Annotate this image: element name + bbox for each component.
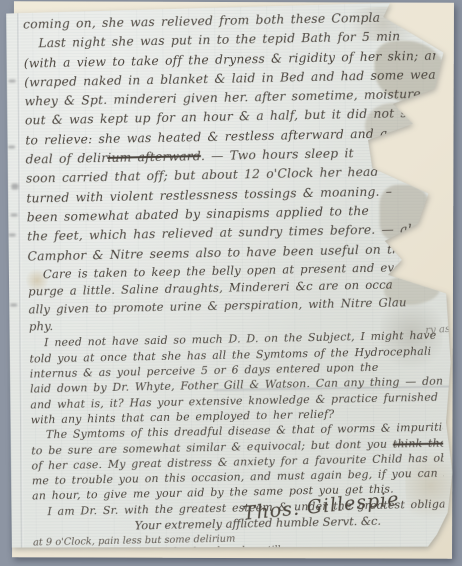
photo-frame: coming on, she was relieved from both th… <box>0 0 462 566</box>
letter-sheet: coming on, she was relieved from both th… <box>6 2 458 553</box>
letter-lines: coming on, she was relieved from both th… <box>23 8 445 520</box>
bleedthrough-mark <box>11 213 18 216</box>
struck-text: ium afterward <box>107 149 201 165</box>
torn-fragment-text: ry as <box>425 324 450 336</box>
line-text: phy. <box>29 319 54 333</box>
bleedthrough-mark <box>11 183 18 189</box>
letter-wrap: coming on, she was relieved from both th… <box>6 2 458 553</box>
margin-bleedthrough-marks <box>7 65 21 365</box>
bleedthrough-mark <box>8 146 15 149</box>
struck-text: think the wor <box>393 435 444 450</box>
bleedthrough-mark <box>9 234 16 237</box>
line-text: deal of delir <box>26 151 108 167</box>
letter-text: coming on, she was relieved from both th… <box>23 8 445 550</box>
bleedthrough-mark <box>10 304 17 307</box>
bleedthrough-mark <box>9 80 16 83</box>
line-text: . — Two hours sleep it <box>201 146 354 163</box>
